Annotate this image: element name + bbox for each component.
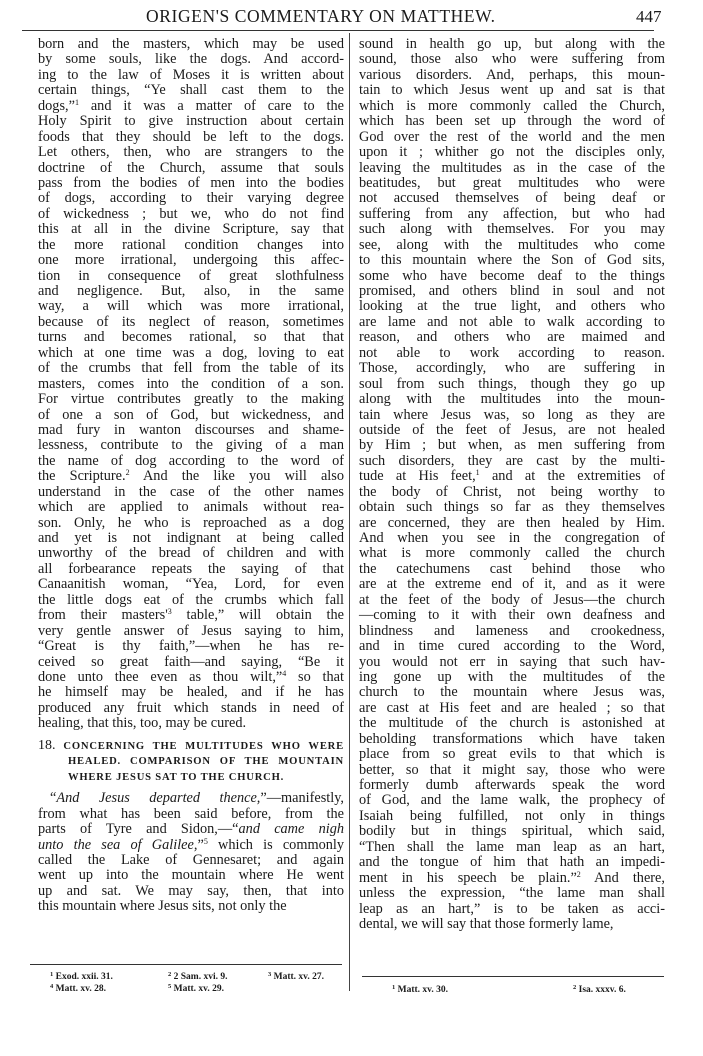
text-line: the body of Christ, not being worthy to — [359, 485, 665, 500]
section-heading-line-1: 18. CONCERNING THE MULTITUDES WHO WERE — [38, 738, 344, 755]
text-line: place from so great evils to that which … — [359, 747, 665, 762]
footnote: 3 Matt. xv. 27. — [268, 972, 324, 982]
text-line: all forbearance repeats the saying of th… — [38, 562, 344, 577]
footnote: 4 Matt. xv. 28. — [50, 984, 106, 994]
text-line: better, so that it might say, those who … — [359, 763, 665, 778]
text-line: are at the extreme end of it, and as it … — [359, 577, 665, 592]
text-line: by some souls, like the dogs. And accord… — [38, 52, 344, 67]
text-line: which are applied to animals without rea… — [38, 500, 344, 515]
text-line: Holy Spirit to give instruction about ce… — [38, 114, 344, 129]
text-line: healing, that this, too, may be cured. — [38, 716, 344, 731]
section-heading-line-3: WHERE JESUS SAT TO THE CHURCH. — [38, 770, 344, 786]
text-line: from what has been said before, from the — [38, 807, 344, 822]
footnote: 5 Matt. xv. 29. — [168, 984, 224, 994]
text-line: outside of the feet of Jesus, are not he… — [359, 423, 665, 438]
text-line: “And Jesus departed thence,”—manifestly, — [38, 791, 344, 806]
footnote: 1 Exod. xxii. 31. — [50, 972, 113, 982]
text-line: soul from such things, though they go up — [359, 377, 665, 392]
text-line: the more rational condition changes into — [38, 238, 344, 253]
text-line: “Great is thy faith,”—when he has re- — [38, 639, 344, 654]
italic-quotation: and came nigh — [239, 821, 344, 837]
text-line: are cast at His feet and are healed ; so… — [359, 701, 665, 716]
text-line: understand in the case of the other name… — [38, 485, 344, 500]
text-line: not accused themselves of being deaf or — [359, 191, 665, 206]
text-line: such disorders, they are cast by the mul… — [359, 454, 665, 469]
italic-quotation: unto the sea of Galilee, — [38, 837, 197, 853]
left-column: born and the masters, which may be usedb… — [38, 37, 344, 915]
text-line: what is more commonly called the church — [359, 546, 665, 561]
text-line: at the feet of the body of Jesus—the chu… — [359, 593, 665, 608]
text-line: such along with themselves. For you may — [359, 222, 665, 237]
text-line: because of its neglect of reason, someti… — [38, 315, 344, 330]
text-line: which has been set up through the word o… — [359, 114, 665, 129]
right-footnote-rule — [362, 976, 664, 977]
text-line: son. Only, he who is reproached as a dog — [38, 516, 344, 531]
text-line: mad fury in wanton discourses and shame- — [38, 423, 344, 438]
text-line: produced any fruit which stands in need … — [38, 701, 344, 716]
text-line: beatitudes, but great multitudes who wer… — [359, 176, 665, 191]
text-line: the Scripture.2 And the like you will al… — [38, 469, 344, 484]
text-line: of dogs, according to their varying degr… — [38, 191, 344, 206]
text-line: not able to work according to reason. — [359, 346, 665, 361]
text-line: formerly dumb afterwards speak the word — [359, 778, 665, 793]
text-line: unto the sea of Galilee,”5 which is comm… — [38, 838, 344, 853]
section-heading-line-2: HEALED. COMPARISON OF THE MOUNTAIN — [38, 754, 344, 770]
text-line: tain where Jesus was, so long as they ar… — [359, 408, 665, 423]
text-line: and yet is not indignant at being called — [38, 531, 344, 546]
text-line: from their masters'3 table,” will obtain… — [38, 608, 344, 623]
text-line: ceived so great faith—and saying, “Be it — [38, 655, 344, 670]
footnote-marker: 4 — [282, 669, 286, 678]
text-line: which is more commonly called the Church… — [359, 99, 665, 114]
text-line: you would not err in saying that such ha… — [359, 655, 665, 670]
text-line: dogs,”1 and it was a matter of care to t… — [38, 99, 344, 114]
text-line: to this mountain where the Son of God si… — [359, 253, 665, 268]
text-line: suffering from any affection, but who ha… — [359, 207, 665, 222]
text-line: church to the mountain where Jesus was, — [359, 685, 665, 700]
text-line: this at all in the divine Scripture, say… — [38, 222, 344, 237]
text-line: Those, accordingly, who are suffering in — [359, 361, 665, 376]
text-line: various disorders. And, perhaps, this mo… — [359, 68, 665, 83]
text-line: leaving the multitudes as in the case of… — [359, 161, 665, 176]
text-line: “Then shall the lame man leap as an hart… — [359, 840, 665, 855]
text-line: Isaiah being fulfilled, not only in thin… — [359, 809, 665, 824]
text-line: certain things, “Ye shall cast them to t… — [38, 83, 344, 98]
header-rule — [22, 30, 654, 31]
text-line: ing gone up with the multitudes of the — [359, 670, 665, 685]
text-line: ment in his speech be plain.”2 And there… — [359, 871, 665, 886]
italic-quotation: And Jesus departed thence, — [56, 790, 260, 806]
text-line: Canaanitish woman, “Yea, Lord, for even — [38, 577, 344, 592]
text-line: are lame and not able to walk according … — [359, 315, 665, 330]
text-line: which at one time was a dog, loving to e… — [38, 346, 344, 361]
footnote: 2 Isa. xxxv. 6. — [573, 985, 626, 995]
right-body-text: sound in health go up, but along with th… — [359, 37, 665, 932]
text-line: tion in consequence of great slothfulnes… — [38, 269, 344, 284]
footnote-marker: 5 — [204, 837, 208, 846]
text-line: lessness, contribute to the giving of a … — [38, 438, 344, 453]
column-divider — [349, 33, 350, 991]
text-line: blindness and lameness and crookedness, — [359, 624, 665, 639]
text-line: called the Lake of Gennesaret; and again — [38, 853, 344, 868]
text-line: And when you see in the congregation of — [359, 531, 665, 546]
text-line: pass from the bodies of men into the bod… — [38, 176, 344, 191]
text-line: unless the expression, “the lame man sha… — [359, 886, 665, 901]
text-line: doctrine of the Church, assume that soul… — [38, 161, 344, 176]
text-line: ing to the law of Moses it is written ab… — [38, 68, 344, 83]
footnote: 1 Matt. xv. 30. — [392, 985, 448, 995]
running-title: ORIGEN'S COMMENTARY ON MATTHEW. — [146, 6, 496, 27]
text-line: some who have become deaf to the things — [359, 269, 665, 284]
text-line: tain to which Jesus went up and sat is t… — [359, 83, 665, 98]
text-line: of one a son of God, but wickedness, and — [38, 408, 344, 423]
footnote-marker: 3 — [168, 607, 172, 616]
footnote-marker: 2 — [126, 468, 130, 477]
text-line: by Him ; but when, as men suffering from — [359, 438, 665, 453]
text-line: the catechumens cast behind those who — [359, 562, 665, 577]
text-line: went up into the mountain where He went — [38, 868, 344, 883]
text-line: way, a will which was more irrational, — [38, 299, 344, 314]
text-line: foods that they should be left to the do… — [38, 130, 344, 145]
footnote-marker: 2 — [577, 870, 581, 879]
text-line: born and the masters, which may be used — [38, 37, 344, 52]
text-line: of wickedness ; but we, who do not find — [38, 207, 344, 222]
text-line: the multitude of the church is astonishe… — [359, 716, 665, 731]
text-line: the little dogs eat of the crumbs which … — [38, 593, 344, 608]
text-line: see, along with the multitudes who come — [359, 238, 665, 253]
text-line: and in time cured according to the Word, — [359, 639, 665, 654]
text-line: —coming to it with their own deafness an… — [359, 608, 665, 623]
text-line: dental, we will say that those formerly … — [359, 917, 665, 932]
text-line: of God, and the lame walk, the prophecy … — [359, 793, 665, 808]
section-number: 18. — [38, 738, 56, 753]
right-column: sound in health go up, but along with th… — [359, 37, 665, 932]
text-line: leap as an hart,” is to be taken as acci… — [359, 902, 665, 917]
text-line: and negligence. But, also, in the same — [38, 284, 344, 299]
text-line: God over the rest of the world and the m… — [359, 130, 665, 145]
text-line: of the crumbs that fell from the table o… — [38, 361, 344, 376]
footnote-marker: 1 — [75, 98, 79, 107]
text-line: bodily but in things spiritual, which sa… — [359, 824, 665, 839]
text-line: sound, those also who were suffering fro… — [359, 52, 665, 67]
text-line: up and sat. We may say, then, that into — [38, 884, 344, 899]
footnote-marker: 1 — [476, 468, 480, 477]
page-header: ORIGEN'S COMMENTARY ON MATTHEW. 447 — [0, 6, 703, 30]
text-line: very gentle answer of Jesus saying to hi… — [38, 624, 344, 639]
footnote: 2 2 Sam. xvi. 9. — [168, 972, 227, 982]
text-line: this mountain where Jesus sits, not only… — [38, 899, 344, 914]
text-line: he himself may be healed, and if he has — [38, 685, 344, 700]
text-line: the name of dog according to the word of — [38, 454, 344, 469]
text-line: one more irrational, undergoing this aff… — [38, 253, 344, 268]
text-line: masters, comes into the condition of a s… — [38, 377, 344, 392]
left-body-text: born and the masters, which may be usedb… — [38, 37, 344, 732]
text-line: are concerned, they are then healed by H… — [359, 516, 665, 531]
text-line: sound in health go up, but along with th… — [359, 37, 665, 52]
text-line: done unto thee even as thou wilt,”4 so t… — [38, 670, 344, 685]
left-footnote-rule — [30, 964, 342, 965]
section-heading: 18. CONCERNING THE MULTITUDES WHO WERE H… — [38, 738, 344, 786]
text-line: turns and becomes rational, so that that — [38, 330, 344, 345]
text-line: upon it ; whither go not the disciples o… — [359, 145, 665, 160]
text-line: looking at the true light, and others wh… — [359, 299, 665, 314]
page-number: 447 — [636, 7, 662, 27]
text-line: beholding transformations which have tak… — [359, 732, 665, 747]
text-line: Let others, then, who are strangers to t… — [38, 145, 344, 160]
text-line: and the tongue of him that hath an imped… — [359, 855, 665, 870]
text-line: unworthy of the bread of children and wi… — [38, 546, 344, 561]
text-line: reason, and others who are maimed and — [359, 330, 665, 345]
text-line: promised, and others blind in soul and n… — [359, 284, 665, 299]
text-line: parts of Tyre and Sidon,—“and came nigh — [38, 822, 344, 837]
text-line: along with the multitudes into the moun- — [359, 392, 665, 407]
text-line: tude at His feet,1 and at the extremitie… — [359, 469, 665, 484]
text-line: For virtue contributes greatly to the ma… — [38, 392, 344, 407]
section-body-text: “And Jesus departed thence,”—manifestly,… — [38, 791, 344, 915]
text-line: obtain such things so far as they themse… — [359, 500, 665, 515]
